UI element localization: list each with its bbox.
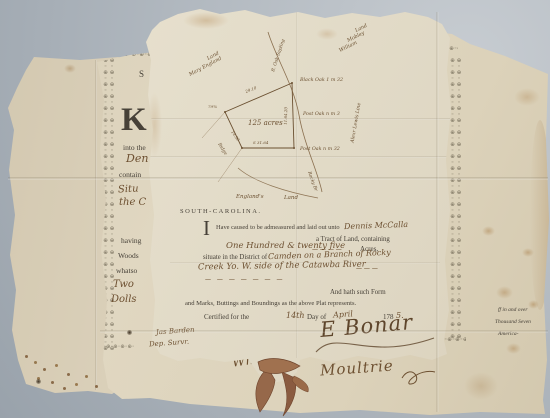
marks-clause: and Marks, Buttings and Boundings as the… [185, 300, 356, 307]
ribbon-tail-left [256, 368, 275, 412]
ribbon-seal [238, 346, 338, 418]
state-heading: SOUTH-CAROLINA. [180, 208, 262, 215]
deputy-surveyor-signature: Jas Barden [156, 326, 195, 337]
certified-clause: Certified for the [204, 313, 249, 321]
certificate-line-4: situate in the District of [203, 254, 267, 261]
dropcap-i: I [203, 218, 210, 239]
form-clause: And hath such Form [330, 289, 386, 296]
photo-of-document: ⊕◦⊕◦⊕◦⊕◦⊕◦⊕◦⊕◦⊕◦⊕◦⊕◦⊕◦⊕◦ ⊕◦⊕◦⊕◦⊕◦⊕◦⊕◦⊕◦⊕… [0, 0, 550, 418]
ribbon-knot [258, 359, 300, 374]
grantee-name-script: Dennis McCalla [344, 220, 408, 231]
fill-dashes: — — — — — — — [205, 276, 284, 283]
deputy-surveyor-title: Dep. Survr. [149, 338, 190, 349]
watercourse-script: Creek Yo. W. side of the Catawba River [198, 260, 366, 273]
day-script: 14th [286, 311, 305, 320]
fill-dashes: — — — [356, 265, 378, 272]
certificate-line-1: Have caused to be admeasured and laid ou… [216, 224, 340, 231]
